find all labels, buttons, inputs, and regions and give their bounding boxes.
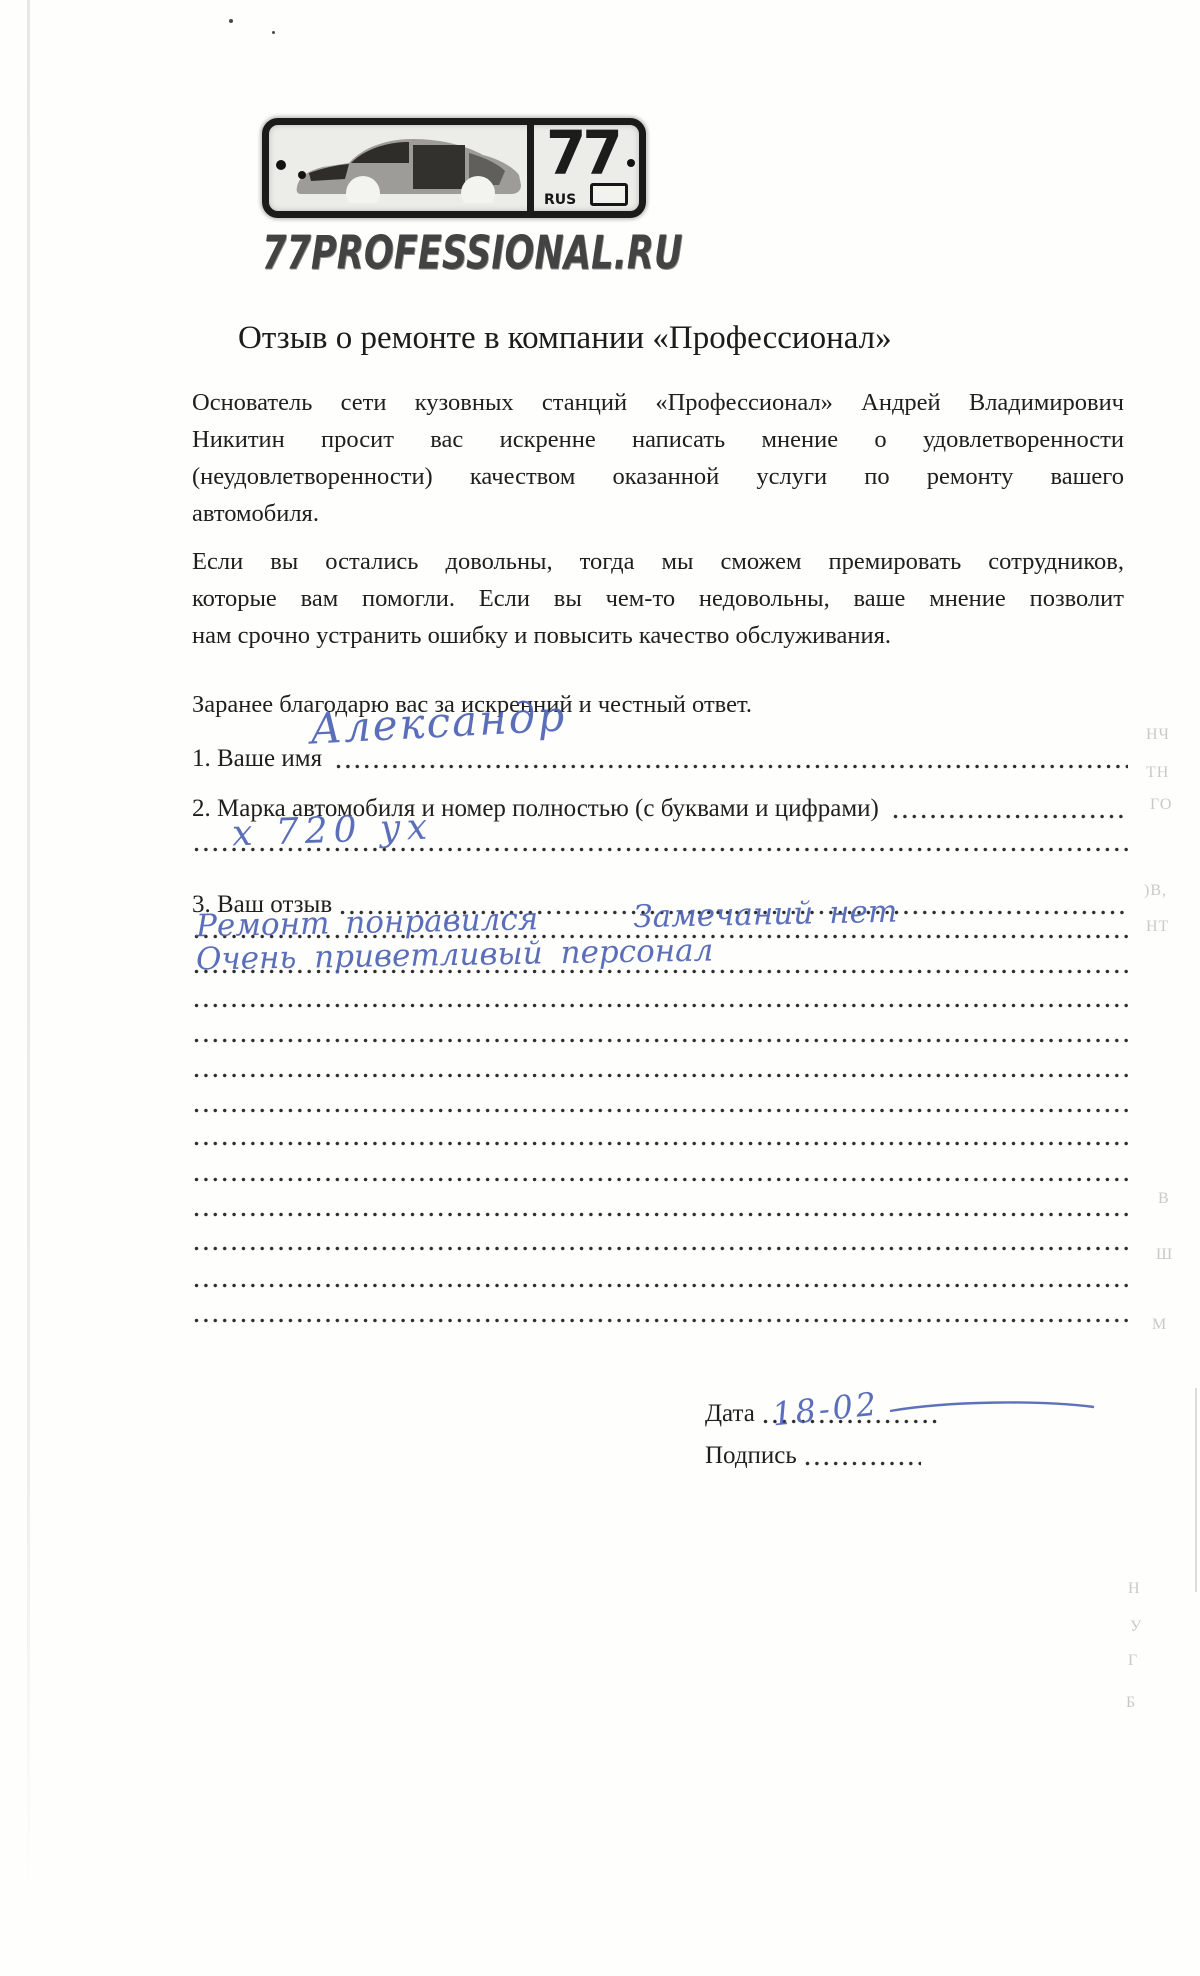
question-1-label: 1. Ваше имя — [192, 742, 328, 776]
bleed-through-mark: )В, — [1144, 882, 1167, 900]
dotted-answer-line — [803, 1461, 921, 1466]
handwritten-date-flourish — [888, 1398, 1098, 1416]
scan-speck — [272, 31, 275, 34]
paragraph-line: нам срочно устранить ошибку и повысить к… — [192, 617, 1124, 654]
dotted-answer-line — [192, 1141, 1128, 1146]
paper-edge-shadow-right — [1195, 1388, 1197, 1592]
paragraph-line: (неудовлетворенности) качеством оказанно… — [192, 458, 1124, 495]
dotted-answer-line — [192, 1073, 1128, 1078]
paper-edge-shadow-left — [27, 0, 30, 1898]
dotted-answer-line — [192, 1212, 1128, 1217]
dotted-answer-line — [334, 764, 1128, 769]
paragraph-line: Никитин просит вас искренне написать мне… — [192, 421, 1124, 458]
paragraph-line: автомобиля. — [192, 495, 1124, 532]
company-logo: 77 RUS 77PROFESSIONAL.RU — [262, 118, 646, 277]
dotted-answer-line — [192, 1177, 1128, 1182]
dotted-answer-line — [192, 1283, 1128, 1288]
scan-speck — [229, 19, 233, 23]
date-label: Дата — [705, 1396, 755, 1432]
bleed-through-mark: М — [1152, 1316, 1167, 1334]
signature-row: Подпись — [705, 1438, 921, 1474]
bleed-through-mark: Ш — [1156, 1246, 1173, 1264]
plate-number: 77 — [546, 117, 619, 188]
bleed-through-mark: Б — [1126, 1694, 1136, 1712]
handwritten-car-plate: х 720 ух — [231, 807, 433, 855]
paragraph-line: которые вам помогли. Если вы чем-то недо… — [192, 580, 1124, 617]
bleed-through-mark: Н — [1128, 1580, 1141, 1598]
bleed-through-mark: В — [1158, 1190, 1170, 1208]
bleed-through-mark: У — [1130, 1618, 1142, 1636]
dotted-answer-line — [192, 1108, 1128, 1113]
paragraph-line: Основатель сети кузовных станций «Профес… — [192, 384, 1124, 421]
car-silhouette-icon — [293, 131, 523, 203]
license-plate-logo: 77 RUS — [262, 118, 646, 218]
dotted-answer-line — [192, 1246, 1128, 1251]
form-title: Отзыв о ремонте в компании «Профессионал… — [192, 320, 1122, 357]
plate-region-code: RUS — [544, 192, 576, 208]
bleed-through-mark: ГО — [1150, 796, 1172, 814]
bleed-through-mark: НТ — [1146, 918, 1169, 936]
plate-flag-box — [590, 183, 628, 206]
plate-region-section: 77 RUS — [534, 125, 639, 211]
plate-screw-dot — [276, 160, 286, 170]
scanned-form: НЧТНГО)В,НТВШМНУГБ 77 RU — [0, 0, 1200, 1976]
bleed-through-mark: Г — [1128, 1652, 1138, 1670]
plate-divider — [527, 123, 534, 213]
bleed-through-mark: НЧ — [1146, 726, 1170, 744]
brand-url-text: 77PROFESSIONAL.RU — [262, 226, 569, 280]
dotted-answer-line — [192, 1003, 1128, 1008]
signature-label: Подпись — [705, 1438, 797, 1474]
paragraph-line: Если вы остались довольны, тогда мы смож… — [192, 543, 1124, 580]
intro-paragraph-1: Основатель сети кузовных станций «Профес… — [192, 384, 1124, 532]
bleed-through-mark: ТН — [1146, 764, 1169, 782]
dotted-answer-line — [891, 814, 1128, 819]
intro-paragraph-2: Если вы остались довольны, тогда мы смож… — [192, 543, 1124, 654]
dotted-answer-line — [192, 1038, 1128, 1043]
dotted-answer-line — [192, 1318, 1128, 1323]
